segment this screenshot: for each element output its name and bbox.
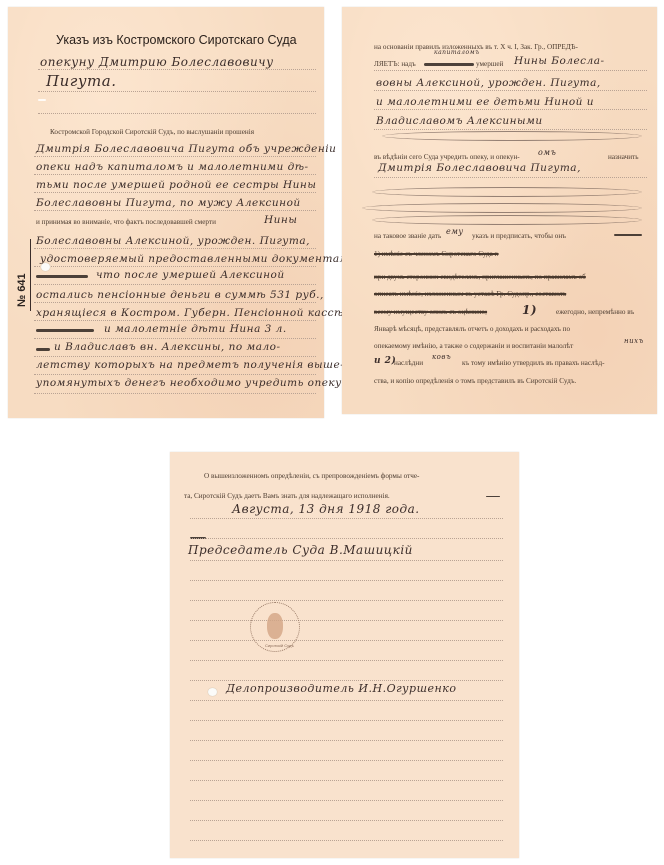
hand-line: Болеславовны Пигута, по мужу Алексиной (36, 197, 301, 209)
page2-print-4b: указъ и предписать, чтобы онъ (472, 232, 566, 240)
document-page-3: О вышеизложенномъ опредѣленіи, съ препро… (170, 452, 519, 858)
ruled-line (34, 320, 316, 321)
paper-mark (38, 99, 46, 101)
ruled-line (190, 840, 503, 841)
struck-text (424, 63, 474, 66)
filler-flourish (362, 203, 642, 213)
hand-line: и Владиславъ вн. Алексины, по мало- (54, 341, 281, 353)
ruled-line (190, 518, 503, 519)
page2-print-9: ства, и копію опредѣленія о томъ предста… (374, 377, 576, 385)
ruled-line (190, 600, 503, 601)
ruled-line (190, 560, 503, 561)
ruled-line (34, 356, 316, 357)
hand-line: и малолетними ее детьми Ниной и (376, 96, 594, 108)
struck-text (614, 234, 642, 236)
punch-hole (41, 263, 50, 271)
hand-line: Дмитрія Болеславовича Пигута объ учрежде… (36, 143, 336, 155)
hand-line: остались пенсіонные деньги в суммѣ 531 р… (36, 289, 324, 301)
ruled-line (38, 113, 316, 114)
page2-print-3-end: назначить (608, 153, 639, 161)
ruled-line (34, 284, 316, 285)
ruled-line (34, 192, 316, 193)
page3-print-1: О вышеизложенномъ опредѣленіи, съ препро… (204, 472, 419, 480)
ruled-line (190, 620, 503, 621)
hand-inline: омъ (538, 148, 556, 157)
ruled-line (38, 91, 316, 92)
ruled-line (374, 109, 647, 110)
hand-guardian-name: Дмитрія Болеславовича Пигута, (378, 162, 581, 174)
hand-item-number: и 2) (374, 356, 396, 366)
document-page-1: Указъ изъ Костромского Сиротскаго Суда о… (8, 7, 324, 418)
hand-insert: капиталомъ (434, 49, 480, 56)
hand-line: летству которыхъ на предметъ полученія в… (36, 359, 344, 371)
struck-line-1: 1) имѣніе съ членомъ Сиротскаго Суда г. (374, 250, 499, 258)
hand-inline: ковъ (432, 353, 451, 361)
ruled-line (34, 248, 316, 249)
hand-line: упомянутыхъ денегъ необходимо учредить о… (36, 377, 346, 389)
ruled-line (34, 338, 316, 339)
ruled-line (34, 174, 316, 175)
ruled-line (374, 70, 647, 71)
stamp-core (267, 613, 283, 639)
hand-line: удостоверяемый предоставленными документ… (40, 253, 360, 265)
court-stamp: Сиротскій Судъ (250, 602, 300, 652)
page2-print-3: въ вѣдѣніи сего Суда учредить опеку, и о… (374, 153, 520, 161)
filler-flourish (372, 187, 642, 197)
ruled-line (34, 156, 316, 157)
ruled-line (34, 210, 316, 211)
ruled-line (190, 780, 503, 781)
page2-print-5: ежегодно, непремѣнно въ (556, 308, 634, 316)
ruled-line (190, 740, 503, 741)
hand-inline: Нины (264, 214, 297, 226)
ruled-line (34, 393, 316, 394)
hand-inline: нихъ (624, 337, 644, 345)
dash-mark (486, 496, 500, 497)
body-print-2: и принимая во вниманіе, что фактъ послед… (36, 218, 216, 226)
hand-line: хранящіеся в Костром. Губерн. Пенсіонной… (36, 307, 344, 319)
ruled-line (374, 177, 647, 178)
addressee-line2: Пигута. (46, 72, 116, 90)
page2-print-6: Январѣ мѣсяцѣ, представлялъ отчетъ о дох… (374, 325, 570, 333)
hand-line: и малолетніе дѣти Нина 3 л. (104, 323, 287, 335)
body-print-1: Костромской Городской Сиротскій Судъ, по… (50, 128, 254, 136)
hand-line: тьми после умершей родной ее сестры Нины (36, 179, 316, 191)
page2-print-2-prefix: ЛЯЕТЪ: надъ (374, 60, 416, 68)
margin-line (30, 239, 31, 311)
punch-hole (208, 688, 217, 696)
ruled-line (190, 640, 503, 641)
struck-line-4: всему имуществу опись съ оцѣнкою; (374, 308, 487, 316)
stamp-label: Сиротскій Судъ (265, 643, 294, 648)
hand-line: вовны Алексиной, урожден. Пигута, (376, 77, 601, 89)
struck-text (36, 329, 94, 332)
hand-date: Августа, 13 дня 1918 года. (232, 502, 420, 516)
hand-line: что после умершей Алексиной (96, 269, 285, 281)
ruled-line (190, 660, 503, 661)
ruled-line (190, 720, 503, 721)
hand-line: Болеславовны Алексиной, урожден. Пигута, (36, 235, 310, 247)
page2-print-2-mid: умершей (476, 60, 503, 68)
hand-item-number: 1) (522, 303, 537, 317)
document-page-2: на основаніи правилъ изложенныхъ въ т. X… (342, 7, 657, 414)
hand-chairman-signature: Председатель Суда В.Машицкій (188, 543, 413, 557)
struck-line-2: при двухъ сторонних свидѣтеляхъ, приглаш… (374, 273, 586, 281)
ruled-line (38, 69, 316, 70)
ruled-line (374, 129, 647, 130)
ruled-line (374, 90, 647, 91)
ruled-line (190, 538, 503, 539)
addressee-line1: опекуну Дмитрию Болеславовичу (40, 55, 274, 69)
filler-flourish (382, 131, 642, 141)
hand-clerk-signature: Делопроизводитель И.Н.Огуршенко (226, 682, 456, 695)
hand-line: Владиславомъ Алексиными (376, 115, 543, 127)
page3-print-2: та, Сиротскій Судъ даетъ Вамъ знать для … (184, 492, 390, 500)
ruled-line (190, 680, 503, 681)
ruled-line (190, 800, 503, 801)
ruled-line (190, 760, 503, 761)
page1-title: Указъ изъ Костромского Сиротскаго Суда (56, 33, 297, 47)
ruled-line (190, 700, 503, 701)
struck-text (36, 275, 88, 278)
page2-print-4a: на таковое званіе дать (374, 232, 441, 240)
page2-print-7: опекаемому имѣнію, а также о содержаніи … (374, 342, 573, 350)
page2-print-8b: къ тому имѣнію утвердилъ въ правахъ насл… (462, 359, 605, 367)
struck-text (36, 348, 50, 351)
ruled-line (190, 580, 503, 581)
hand-inline: ему (446, 227, 464, 236)
page2-print-8a: наслѣдни (394, 359, 423, 367)
hand-line: Нины Болесла- (514, 55, 605, 67)
filler-flourish (372, 215, 642, 225)
struck-line-3: описать имѣніе, изложенным въ уставѣ Гр.… (374, 290, 566, 298)
margin-registration-number: № 641 (16, 273, 28, 307)
hand-line: опеки надъ капиталомъ и малолетними дѣ- (36, 161, 309, 173)
ruled-line (34, 302, 316, 303)
ruled-line (34, 374, 316, 375)
ruled-line (34, 266, 316, 267)
ruled-line (190, 820, 503, 821)
